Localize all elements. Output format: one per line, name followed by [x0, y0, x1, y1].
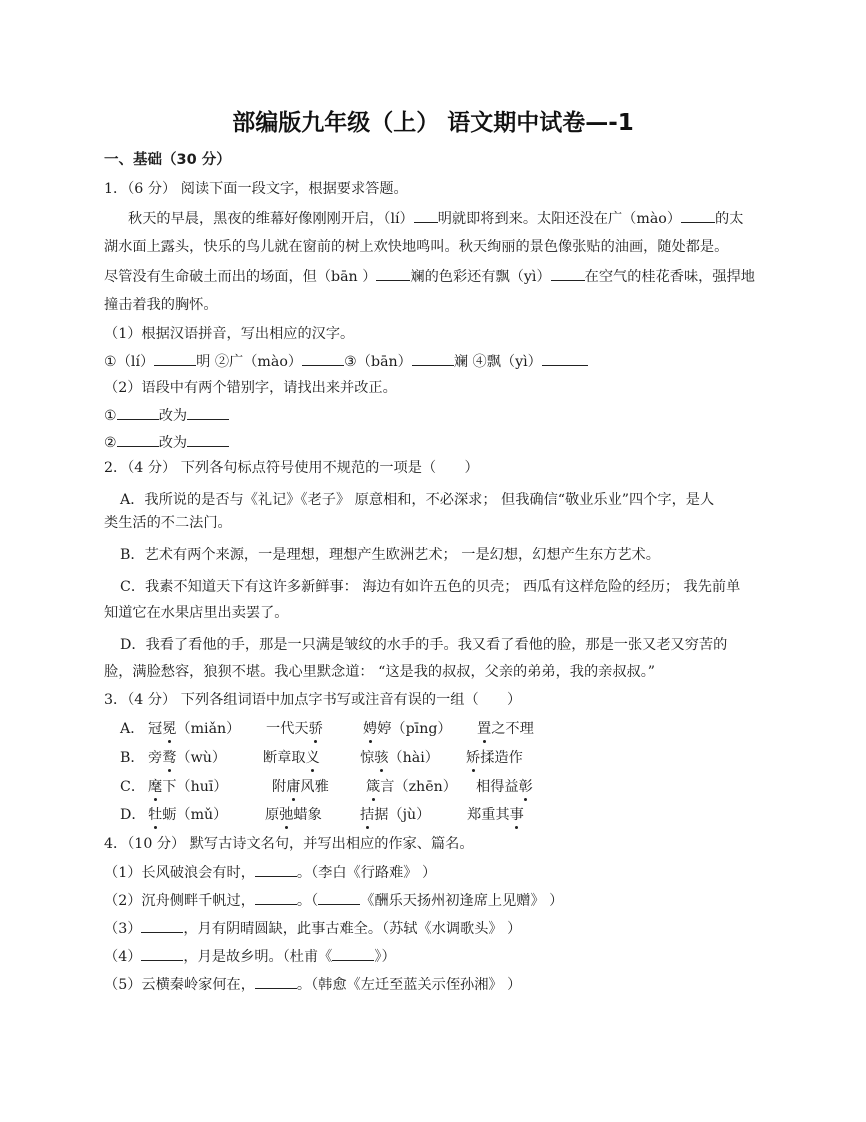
answer-blank[interactable]	[141, 918, 183, 933]
q1-passage-line-2: 湖水面上露头，快乐的鸟儿就在窗前的树上欢快地鸣叫。秋天绚丽的景色像张贴的油画，随…	[104, 237, 728, 257]
page-title: 部编版九年级（上） 语文期中试卷—-1	[0, 104, 866, 137]
q4-item-5: （5）云横秦岭家何在，。（韩愈《左迁至蓝关示侄孙湘》 ）	[104, 974, 521, 995]
q2-stem: 2．（4 分） 下列各句标点符号使用不规范的一项是（ ）	[104, 458, 479, 478]
q1-sub2-label: （2）语段中有两个错别字，请找出来并改正。	[104, 378, 397, 398]
q3-option-b: B． 旁鹜（wù） 断章取义 惊骇（hài） 矫揉造作	[120, 748, 580, 770]
q1-sub1-label: （1）根据汉语拼音，写出相应的汉字。	[104, 324, 354, 344]
q1-stem: 1．（6 分） 阅读下面一段文字，根据要求答题。	[104, 179, 408, 199]
q3-stem: 3．（4 分） 下列各组词语中加点字书写或注音有误的一组（ ）	[104, 690, 521, 710]
answer-blank[interactable]	[318, 890, 360, 905]
answer-blank[interactable]	[542, 351, 588, 366]
answer-blank[interactable]	[255, 862, 297, 877]
q3-option-a: A． 冠冕（miǎn） 一代天骄 娉婷（pīng） 置之不理	[120, 719, 580, 741]
q4-item-3: （3），月有阴晴圆缺，此事古难全。（苏轼《水调歌头》 ）	[104, 918, 521, 939]
answer-blank[interactable]	[154, 351, 196, 366]
q1-sub2-item-2: ②改为	[104, 432, 229, 453]
q3-option-d: D． 牡蛎（mǔ） 原弛蜡象 拮据（jù） 郑重其事	[120, 805, 580, 827]
answer-blank[interactable]	[141, 946, 183, 961]
q1-sub2-item-1: ①改为	[104, 405, 229, 426]
q4-item-4: （4），月是故乡明。（杜甫《》）	[104, 946, 396, 967]
q2-option-a: A．我所说的是否与《礼记》《老子》 原意相和，不必深求； 但我确信“敬业乐业”四…	[120, 490, 714, 510]
q3-option-c: C． 麾下（huī） 附庸风雅 箴言（zhēn） 相得益彰	[120, 777, 580, 799]
q1-passage-line-3: 尽管没有生命破土而出的场面，但（bān ）斓的色彩还有飘（yì）在空气的桂花香味…	[104, 266, 755, 287]
answer-blank[interactable]	[255, 890, 297, 905]
answer-blank[interactable]	[414, 208, 438, 223]
q1-sub1-items: ①（lí）明 ②广（mào）③（bān）斓 ④飘（yì）	[104, 351, 588, 372]
exam-page: 部编版九年级（上） 语文期中试卷—-1 一、基础（30 分） 1．（6 分） 阅…	[0, 0, 866, 1122]
q4-stem: 4．（10 分） 默写古诗文名句，并写出相应的作家、篇名。	[104, 834, 474, 854]
q2-option-c: C．我素不知道天下有这许多新鲜事： 海边有如许五色的贝壳； 西瓜有这样危险的经历…	[120, 577, 740, 597]
section-heading: 一、基础（30 分）	[104, 150, 231, 170]
answer-blank[interactable]	[187, 405, 229, 420]
q2-option-b: B．艺术有两个来源，一是理想，理想产生欧洲艺术； 一是幻想，幻想产生东方艺术。	[120, 545, 660, 565]
q2-option-d-cont: 脸，满脸愁容，狼狈不堪。我心里默念道： “这是我的叔叔，父亲的弟弟，我的亲叔叔。…	[104, 662, 655, 682]
answer-blank[interactable]	[187, 432, 229, 447]
q4-item-1: （1）长风破浪会有时，。（李白《行路难》 ）	[104, 862, 436, 883]
q2-option-d: D．我看了看他的手，那是一只满是皱纹的水手的手。我又看了看他的脸，那是一张又老又…	[120, 635, 727, 655]
answer-blank[interactable]	[117, 432, 159, 447]
answer-blank[interactable]	[412, 351, 454, 366]
answer-blank[interactable]	[681, 208, 715, 223]
answer-blank[interactable]	[302, 351, 344, 366]
q1-passage-line-4: 撞击着我的胸怀。	[104, 295, 218, 315]
q4-item-2: （2）沉舟侧畔千帆过，。（《酬乐天扬州初逢席上见赠》 ）	[104, 890, 563, 911]
answer-blank[interactable]	[551, 266, 585, 281]
q2-option-c-cont: 知道它在水果店里出卖罢了。	[104, 603, 288, 623]
answer-blank[interactable]	[117, 405, 159, 420]
answer-blank[interactable]	[332, 946, 374, 961]
answer-blank[interactable]	[255, 974, 297, 989]
answer-blank[interactable]	[376, 266, 410, 281]
q2-option-a-cont: 类生活的不二法门。	[104, 513, 232, 533]
q1-passage-line-1: 秋天的早晨，黑夜的维幕好像刚刚开启，（lí）明就即将到来。太阳还没在广（mào）…	[128, 208, 743, 229]
